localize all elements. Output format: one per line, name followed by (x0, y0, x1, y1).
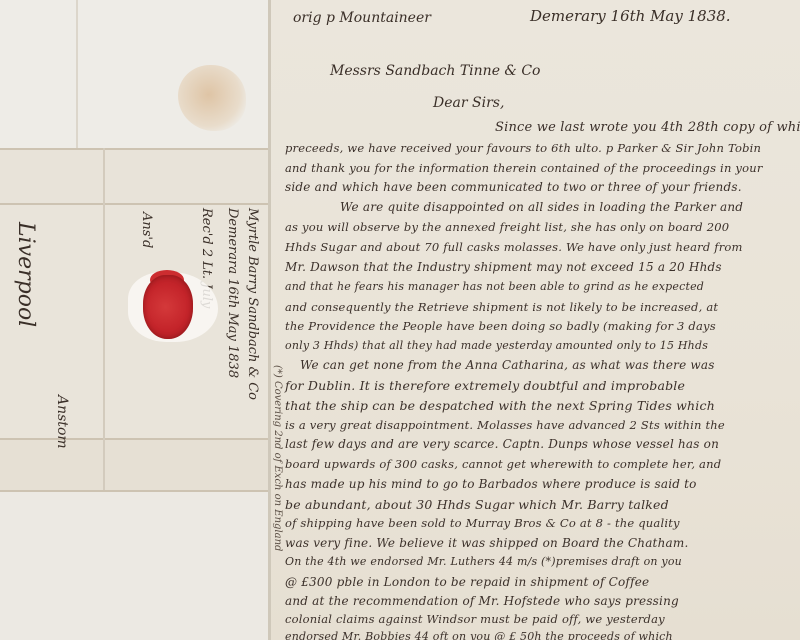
body-line: the Providence the People have been doin… (285, 319, 716, 333)
body-line: We can get none from the Anna Catharina,… (300, 358, 715, 372)
body-line: that the ship can be despatched with the… (285, 398, 715, 413)
salutation: Dear Sirs, (433, 95, 504, 111)
body-line: of shipping have been sold to Murray Bro… (285, 516, 680, 530)
wax-seal (143, 275, 193, 339)
signature: Anstom (54, 395, 70, 449)
fold-line (0, 203, 270, 205)
body-line: endorsed Mr. Bobbies 44 oft on you @ £ 5… (285, 630, 673, 640)
body-line: is a very great disappointment. Molasses… (285, 418, 725, 432)
body-line: preceeds, we have received your favours … (285, 141, 761, 155)
cover-bottom-band (0, 438, 270, 490)
fold-line (0, 438, 270, 440)
vessel-line: orig p Mountaineer (293, 10, 431, 26)
fold-line (0, 148, 270, 150)
margin-note: (*) Covering 2nd of Exch on England (272, 365, 283, 551)
date-line: Demerary 16th May 1838. (530, 7, 731, 25)
fold-line (0, 490, 270, 492)
body-line: Since we last wrote you 4th 28th copy of… (495, 120, 800, 135)
body-line: @ £300 pble in London to be repaid in sh… (285, 575, 649, 589)
addressee: Messrs Sandbach Tinne & Co (330, 63, 541, 79)
body-line: colonial claims against Windsor must be … (285, 612, 665, 626)
body-line: and thank you for the information therei… (285, 161, 763, 175)
page-spine (268, 0, 271, 640)
body-line: last few days and are very scarce. Captn… (285, 437, 719, 451)
body-line: and at the recommendation of Mr. Hofsted… (285, 594, 679, 608)
cover-flap-band (0, 148, 270, 203)
body-line: side and which have been communicated to… (285, 180, 742, 194)
body-line: be abundant, about 30 Hhds Sugar which M… (285, 497, 669, 512)
body-line: was very fine. We believe it was shipped… (285, 536, 688, 550)
docket-line: Demerara 16th May 1838 (225, 208, 240, 378)
body-line: has made up his mind to go to Barbados w… (285, 477, 697, 491)
docket-line: Myrtle Barry Sandbach & Co (245, 208, 260, 400)
body-line: for Dublin. It is therefore extremely do… (285, 378, 685, 393)
body-line: Mr. Dawson that the Industry shipment ma… (285, 260, 722, 274)
body-line: We are quite disappointed on all sides i… (340, 200, 743, 214)
cover-flap-bottom (0, 490, 270, 640)
address-city: Liverpool (13, 222, 38, 327)
body-line: On the 4th we endorsed Mr. Luthers 44 m/… (285, 555, 682, 568)
body-line: Hhds Sugar and about 70 full casks molas… (285, 240, 743, 254)
body-line: and consequently the Retrieve shipment i… (285, 300, 718, 314)
body-line: and that he fears his manager has not be… (285, 280, 704, 293)
letter-body: orig p Mountaineer Demerary 16th May 183… (285, 0, 800, 640)
water-stain (178, 65, 246, 131)
body-line: board upwards of 300 casks, cannot get w… (285, 457, 721, 471)
folded-cover: Liverpool Anstom Myrtle Barry Sandbach &… (0, 0, 270, 640)
body-line: as you will observe by the annexed freig… (285, 220, 729, 234)
crease (76, 0, 78, 148)
fold-line (103, 148, 105, 490)
body-line: only 3 Hhds) that all they had made yest… (285, 339, 708, 352)
docket-line: Ans'd (139, 212, 154, 248)
